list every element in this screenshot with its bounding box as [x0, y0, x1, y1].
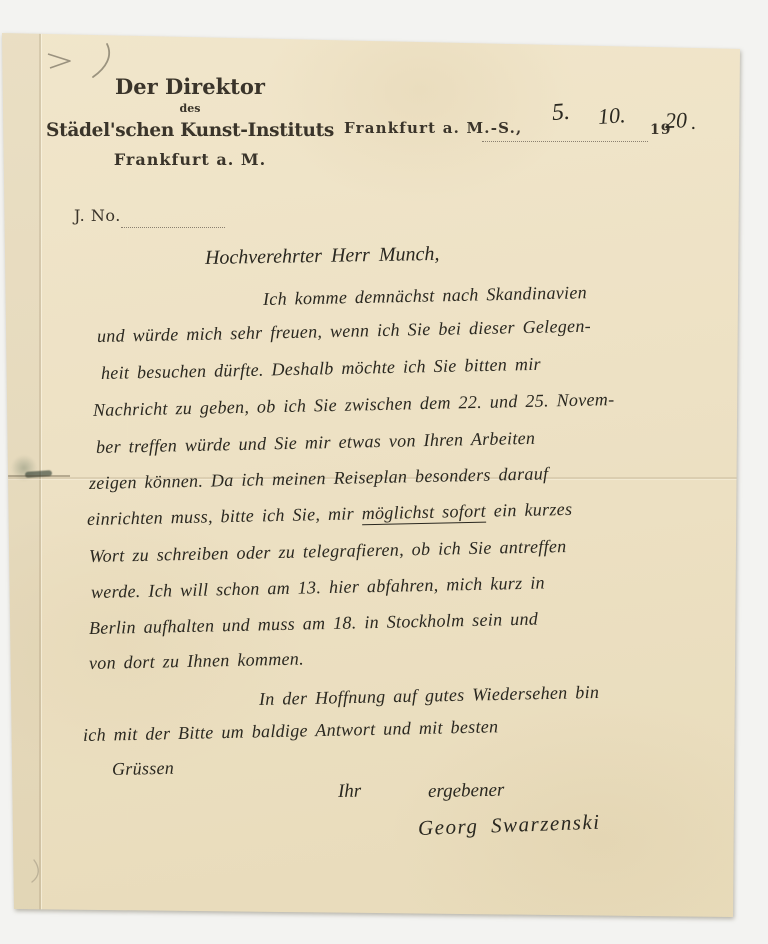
pencil-check-icon — [48, 54, 70, 68]
closing-word: ergebener — [428, 780, 505, 803]
dateline-period: . — [690, 112, 697, 135]
letterhead-des: des — [40, 102, 340, 115]
ink-smudge — [6, 450, 42, 486]
corner-crease — [709, 0, 768, 49]
handwriting-line: ich mit der Bitte um baldige Antwort und… — [83, 716, 499, 746]
underlined-phrase: möglichst sofort — [361, 501, 486, 526]
line-post: ein kurzes — [486, 499, 573, 521]
letter-paper: Der Direktor des Städel'schen Kunst-Inst… — [0, 0, 768, 944]
dateline-day: 5. — [551, 99, 571, 127]
signature: Georg Swarzenski — [418, 810, 601, 841]
handwriting-line: Wort zu schreiben oder zu telegrafieren,… — [89, 536, 567, 567]
handwriting-line: Nachricht zu geben, ob ich Sie zwischen … — [93, 389, 615, 421]
dateline-month: 10. — [597, 102, 626, 130]
handwriting-line-underlined: einrichten muss, bitte ich Sie, mir mögl… — [87, 499, 573, 530]
handwriting-line: zeigen können. Da ich meinen Reiseplan b… — [89, 463, 549, 494]
edge-crease — [0, 475, 70, 477]
paper-shadow: Der Direktor des Städel'schen Kunst-Inst… — [0, 0, 768, 944]
handwriting-line: In der Hoffnung auf gutes Wiedersehen bi… — [259, 682, 600, 710]
letterhead-institute: Städel'schen Kunst-Instituts — [40, 120, 340, 141]
letterhead-city: Frankfurt a. M. — [40, 150, 340, 169]
scanner-background: Der Direktor des Städel'schen Kunst-Inst… — [0, 0, 768, 944]
handwriting-line: heit besuchen dürfte. Deshalb möchte ich… — [101, 354, 541, 384]
reference-number-label: J. No. — [74, 206, 121, 225]
line-pre: einrichten muss, bitte ich Sie, mir — [87, 503, 362, 529]
dateline-dotted-rule — [482, 140, 648, 142]
dateline-place: Frankfurt a. M.-S., — [344, 119, 522, 137]
letterhead: Der Direktor des Städel'schen Kunst-Inst… — [40, 74, 340, 169]
reference-number-rule — [121, 226, 225, 228]
closing-pronoun: Ihr — [338, 781, 362, 803]
handwriting-line: und würde mich sehr freuen, wenn ich Sie… — [97, 316, 591, 347]
handwriting-line: Berlin aufhalten und muss am 18. in Stoc… — [89, 609, 539, 639]
handwriting-line: von dort zu Ihnen kommen. — [89, 649, 304, 674]
salutation: Hochverehrter Herr Munch, — [205, 243, 440, 270]
pencil-curve-icon — [93, 44, 109, 77]
handwriting-line: werde. Ich will schon am 13. hier abfahr… — [91, 572, 545, 603]
dateline-year: 20 — [665, 107, 688, 134]
handwriting-line: Grüssen — [112, 758, 175, 780]
letterhead-title: Der Direktor — [40, 74, 340, 99]
handwriting-line: Ich komme demnächst nach Skandinavien — [263, 282, 587, 310]
handwriting-line: ber treffen würde und Sie mir etwas von … — [96, 428, 536, 458]
